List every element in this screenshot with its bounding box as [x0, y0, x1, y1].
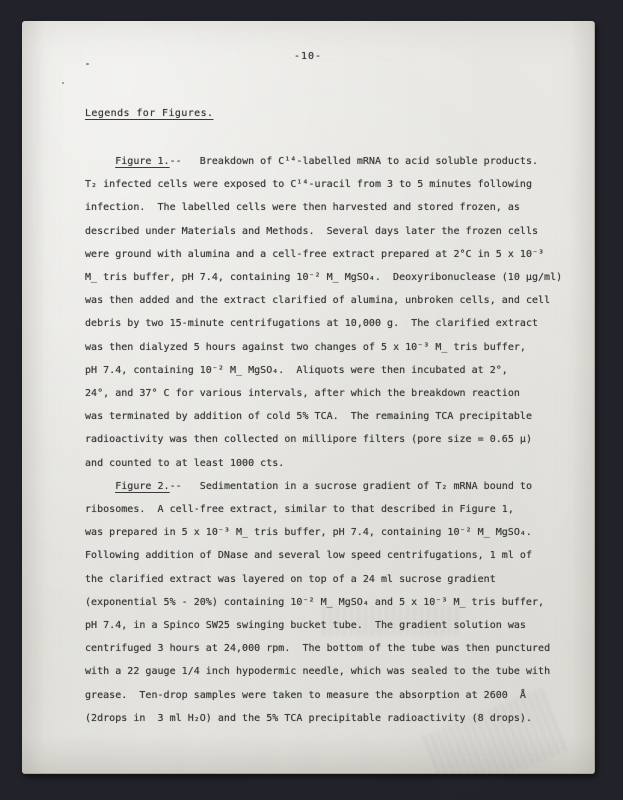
- figure-2-indent: [85, 481, 115, 492]
- legend-text-block: Figure 1.-- Breakdown of C¹⁴-labelled mR…: [85, 150, 577, 730]
- page-number: -10-: [22, 45, 594, 68]
- figure-2-label: Figure 2.: [115, 481, 169, 492]
- figure-1-text: -- Breakdown of C¹⁴-labelled mRNA to aci…: [85, 156, 562, 469]
- page-title: Legends for Figures.: [85, 102, 213, 125]
- figure-1-legend: Figure 1.-- Breakdown of C¹⁴-labelled mR…: [85, 150, 577, 475]
- figure-2-legend: Figure 2.-- Sedimentation in a sucrose g…: [85, 475, 577, 730]
- photo-background: -10- Legends for Figures. Figure 1.-- Br…: [0, 0, 623, 800]
- figure-1-label: Figure 1.: [115, 156, 169, 167]
- ink-bleed-smudge: [322, 605, 462, 635]
- figure-1-indent: [85, 156, 115, 167]
- paper-speck: [62, 82, 64, 84]
- document-page: -10- Legends for Figures. Figure 1.-- Br…: [22, 21, 595, 774]
- paper-speck: [86, 63, 89, 65]
- figure-2-text: -- Sedimentation in a sucrose gradient o…: [85, 481, 550, 724]
